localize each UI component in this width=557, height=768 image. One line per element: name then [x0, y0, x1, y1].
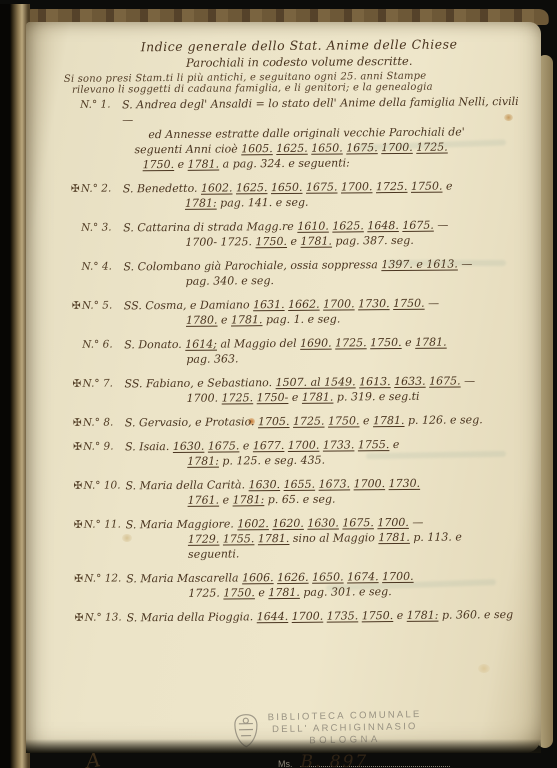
manuscript-page: Indice generale dello Stat. Anime delle … [26, 22, 541, 753]
entry-line: 1725. 1750. e 1781. pag. 301. e seg. [126, 583, 533, 602]
index-entry: ✠N.° 13.S. Maria della Pioggia. 1644. 17… [75, 607, 534, 626]
index-entry: N.° 3.S. Cattarina di strada Magg.re 161… [71, 217, 530, 251]
index-entry: ✠N.° 7.SS. Fabiano, e Sebastiano. 1507. … [72, 373, 531, 407]
index-entry: N.° 1.S. Andrea degl' Ansaldi = lo stato… [70, 94, 530, 173]
entry-number: ✠N.° 5. [72, 298, 124, 328]
entry-number: ✠N.° 7. [72, 376, 124, 406]
entry-number: ✠N.° 2. [71, 181, 123, 211]
entry-number: N.° 6. [72, 337, 124, 367]
entry-number: N.° 4. [71, 259, 123, 289]
index-entry: ✠N.° 10.S. Maria della Carità. 1630. 165… [73, 475, 532, 509]
manuscript-photo: Indice generale dello Stat. Anime delle … [0, 0, 557, 768]
entry-text: SS. Cosma, e Damiano 1631. 1662. 1700. 1… [124, 295, 531, 329]
cross-mark-icon: ✠ [72, 378, 82, 390]
entry-text: S. Maria Mascarella 1606. 1626. 1650. 16… [126, 568, 533, 602]
cross-mark-icon: ✠ [75, 612, 85, 624]
cross-mark-icon: ✠ [73, 441, 83, 453]
index-entry: ✠N.° 8.S. Gervasio, e Protasio. 1705. 17… [73, 412, 532, 431]
ms-label: Ms. [278, 759, 293, 768]
entry-line: pag. 340. e seg. [124, 271, 531, 290]
entry-text: S. Maria della Pioggia. 1644. 1700. 1735… [127, 607, 534, 626]
entry-line: 1750. e 1781. a pag. 324. e seguenti: [123, 154, 530, 173]
index-entry: ✠N.° 11.S. Maria Maggiore. 1602. 1620. 1… [74, 514, 533, 563]
entry-text: S. Maria della Carità. 1630. 1655. 1673.… [125, 475, 532, 509]
entry-number: ✠N.° 10. [73, 478, 125, 508]
shelfmark-number: B. 897 [301, 752, 369, 768]
entry-text: S. Cattarina di strada Magg.re 1610. 162… [123, 217, 530, 251]
index-entry: ✠N.° 12.S. Maria Mascarella 1606. 1626. … [74, 568, 533, 602]
entry-line: S. Maria della Pioggia. 1644. 1700. 1735… [127, 607, 534, 626]
entry-line: 1700. 1725. 1750- e 1781. p. 319. e seg.… [125, 388, 532, 407]
cross-mark-icon: ✠ [71, 183, 81, 195]
cross-mark-icon: ✠ [73, 417, 83, 429]
handwritten-content: Indice generale dello Stat. Anime delle … [23, 20, 543, 626]
index-entry: N.° 6.S. Donato. 1614; al Maggio del 169… [72, 334, 531, 368]
index-entry: ✠N.° 2.S. Benedetto. 1602. 1625. 1650. 1… [71, 178, 530, 212]
index-entry: N.° 4.S. Colombano già Parochiale, ossia… [71, 256, 530, 290]
entry-text: S. Colombano già Parochiale, ossia soppr… [123, 256, 530, 290]
foxing-stain [478, 664, 490, 673]
entry-text: S. Benedetto. 1602. 1625. 1650. 1675. 17… [123, 178, 530, 212]
entry-text: S. Maria Maggiore. 1602. 1620. 1630. 167… [126, 514, 533, 563]
entry-line: seguenti. [126, 544, 533, 563]
entry-line: pag. 363. [124, 349, 531, 368]
entry-number: N.° 1. [70, 97, 123, 172]
entry-line: 1780. e 1781. pag. 1. e seg. [124, 310, 531, 329]
entry-line: 1700- 1725. 1750. e 1781. pag. 387. seg. [123, 232, 530, 251]
cross-mark-icon: ✠ [73, 480, 83, 492]
entry-line: S. Gervasio, e Protasio. 1705. 1725. 175… [125, 412, 532, 431]
index-subtitle: Parochiali in codesto volume descritte. [70, 53, 529, 71]
entry-text: S. Andrea degl' Ansaldi = lo stato dell'… [122, 94, 530, 173]
entry-line: 1781: pag. 141. e seg. [123, 193, 530, 212]
cross-mark-icon: ✠ [72, 300, 82, 312]
entry-number: N.° 3. [71, 220, 123, 250]
entry-number: ✠N.° 13. [75, 610, 127, 625]
entry-text: S. Gervasio, e Protasio. 1705. 1725. 175… [125, 412, 532, 431]
entry-line: S. Andrea degl' Ansaldi = lo stato dell'… [122, 94, 529, 128]
index-title: Indice generale dello Stat. Anime delle … [70, 36, 529, 55]
entry-number: ✠N.° 9. [73, 439, 125, 469]
entry-number: ✠N.° 8. [73, 415, 125, 430]
page-bottom-shadow [26, 739, 541, 753]
entry-line: 1761. e 1781: p. 65. e seg. [125, 490, 532, 509]
entry-number: ✠N.° 11. [74, 517, 126, 562]
entry-line: 1781: p. 125. e seg. 435. [125, 451, 532, 470]
cross-mark-icon: ✠ [74, 519, 84, 531]
entry-number: ✠N.° 12. [74, 571, 126, 601]
entry-text: SS. Fabiano, e Sebastiano. 1507. al 1549… [124, 373, 531, 407]
entry-text: S. Isaia. 1630. 1675. e 1677. 1700. 1733… [125, 436, 532, 470]
entries: N.° 1.S. Andrea degl' Ansaldi = lo stato… [70, 94, 534, 626]
index-entry: ✠N.° 5.SS. Cosma, e Damiano 1631. 1662. … [72, 295, 531, 329]
entry-text: S. Donato. 1614; al Maggio del 1690. 172… [124, 334, 531, 368]
index-entry: ✠N.° 9.S. Isaia. 1630. 1675. e 1677. 170… [73, 436, 532, 470]
cross-mark-icon: ✠ [74, 573, 84, 585]
